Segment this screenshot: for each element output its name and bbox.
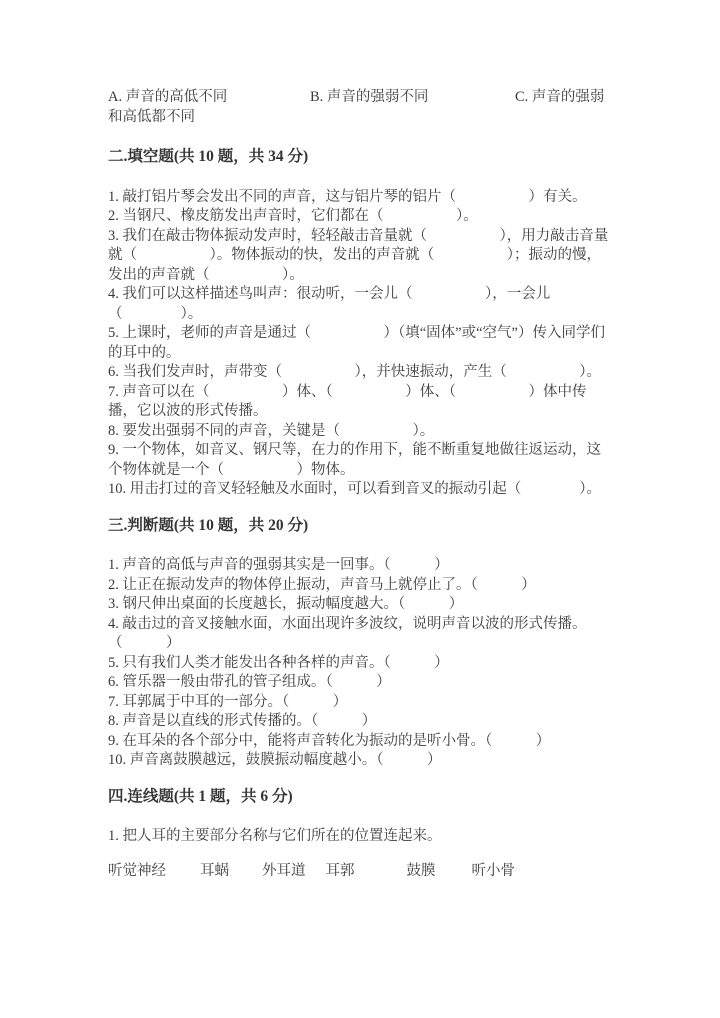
matching-term-auditory-nerve: 听觉神经: [108, 862, 166, 882]
choice-option-c: C. 声音的强弱: [515, 88, 604, 108]
matching-term-ossicles: 听小骨: [472, 862, 516, 882]
choice-option-b: B. 声音的强弱不同: [310, 88, 428, 108]
true-false-section-heading: 三.判断题(共 10 题，共 20 分): [108, 516, 614, 536]
choice-option-a: A. 声音的高低不同: [108, 88, 227, 108]
choice-option-c-continuation: 和高低都不同: [108, 108, 195, 128]
judge-question-8: 8. 声音是以直线的形式传播的。（ ）: [108, 712, 614, 732]
fill-question-9: 9. 一个物体，如音叉、钢尺等，在力的作用下，能不断重复地做往返运动，这个物体就…: [108, 441, 614, 480]
matching-term-ear-canal: 外耳道: [262, 862, 306, 882]
fill-question-5: 5. 上课时，老师的声音是通过（ ）（填“固体”或“空气”）传入同学们的耳中的。: [108, 324, 614, 363]
fill-in-section: 二.填空题(共 10 题，共 34 分) 1. 敲打铝片琴会发出不同的声音，这与…: [108, 147, 614, 500]
fill-question-4: 4. 我们可以这样描述鸟叫声：很动听，一会儿（ ），一会儿（ ）。: [108, 285, 614, 324]
fill-question-10: 10. 用击打过的音叉轻轻触及水面时，可以看到音叉的振动引起（ ）。: [108, 480, 614, 500]
matching-section-heading: 四.连线题(共 1 题，共 6 分): [108, 787, 614, 807]
judge-question-4: 4. 敲击过的音叉接触水面，水面出现许多波纹，说明声音以波的形式传播。（ ）: [108, 615, 614, 654]
fill-question-2: 2. 当钢尺、橡皮筋发出声音时，它们都在（ ）。: [108, 207, 614, 227]
fill-question-1: 1. 敲打铝片琴会发出不同的声音，这与铝片琴的铝片（ ）有关。: [108, 188, 614, 208]
worksheet-page: A. 声音的高低不同 B. 声音的强弱不同 C. 声音的强弱 和高低都不同 二.…: [0, 0, 720, 1018]
fill-question-8: 8. 要发出强弱不同的声音，关键是（ ）。: [108, 422, 614, 442]
fill-in-section-heading: 二.填空题(共 10 题，共 34 分): [108, 147, 614, 167]
fill-question-7: 7. 声音可以在（ ）体、（ ）体、（ ）体中传播，它以波的形式传播。: [108, 383, 614, 422]
fill-question-3: 3. 我们在敲击物体振动发声时，轻轻敲击音量就（ ），用力敲击音量就（ ）。物体…: [108, 227, 614, 286]
judge-question-1: 1. 声音的高低与声音的强弱其实是一回事。（ ）: [108, 556, 614, 576]
matching-terms-row: 听觉神经 耳蜗 外耳道 耳郭 鼓膜 听小骨: [108, 862, 614, 882]
matching-term-cochlea: 耳蜗: [200, 862, 229, 882]
judge-question-7: 7. 耳郭属于中耳的一部分。（ ）: [108, 693, 614, 713]
matching-section: 四.连线题(共 1 题，共 6 分) 1. 把人耳的主要部分名称与它们所在的位置…: [108, 787, 614, 882]
judge-question-6: 6. 管乐器一般由带孔的管子组成。（ ）: [108, 673, 614, 693]
judge-question-9: 9. 在耳朵的各个部分中，能将声音转化为振动的是听小骨。（ ）: [108, 732, 614, 752]
matching-question-1: 1. 把人耳的主要部分名称与它们所在的位置连起来。: [108, 827, 614, 847]
judge-question-2: 2. 让正在振动发声的物体停止振动，声音马上就停止了。（ ）: [108, 576, 614, 596]
fill-question-6: 6. 当我们发声时，声带变（ ），并快速振动，产生（ ）。: [108, 363, 614, 383]
true-false-section: 三.判断题(共 10 题，共 20 分) 1. 声音的高低与声音的强弱其实是一回…: [108, 516, 614, 771]
judge-question-10: 10. 声音离鼓膜越远，鼓膜振动幅度越小。（ ）: [108, 751, 614, 771]
matching-term-auricle: 耳郭: [326, 862, 355, 882]
judge-question-5: 5. 只有我们人类才能发出各种各样的声音。（ ）: [108, 654, 614, 674]
matching-term-eardrum: 鼓膜: [407, 862, 436, 882]
choice-options-row: A. 声音的高低不同 B. 声音的强弱不同 C. 声音的强弱 和高低都不同: [108, 88, 614, 127]
judge-question-3: 3. 钢尺伸出桌面的长度越长，振动幅度越大。（ ）: [108, 595, 614, 615]
